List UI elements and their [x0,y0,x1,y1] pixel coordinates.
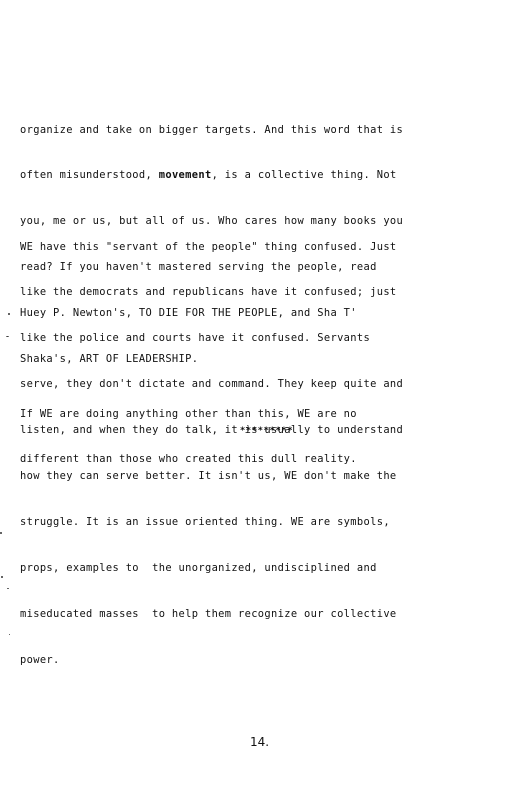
text-line: organize and take on bigger targets. And… [20,123,490,138]
text-line: WE have this "servant of the people" thi… [20,240,490,255]
page-number: 14. [250,735,269,749]
text-line: different than those who created this du… [20,452,490,467]
text-line-with-bold: often misunderstood, movement, is a coll… [20,168,490,183]
scan-speck [6,336,9,337]
paragraph-3: If WE are doing anything other than this… [20,376,490,498]
scan-speck [7,588,9,589]
text-line: like the police and courts have it confu… [20,331,490,346]
text-line: If WE are doing anything other than this… [20,407,490,422]
text-fragment: often misunderstood, [20,169,159,181]
bold-word: movement [159,169,212,181]
text-line: props, examples to the unorganized, undi… [20,561,490,576]
scan-speck [9,634,10,635]
section-separator: ********* [0,426,523,436]
document-page: organize and take on bigger targets. And… [0,0,523,801]
scan-speck [8,313,10,315]
scan-speck [0,532,2,534]
text-fragment: , is a collective thing. Not [212,169,397,181]
text-line: struggle. It is an issue oriented thing.… [20,515,490,530]
scan-speck [1,576,3,578]
text-line: miseducated masses to help them recogniz… [20,607,490,622]
text-line: like the democrats and republicans have … [20,285,490,300]
text-line: power. [20,653,490,668]
